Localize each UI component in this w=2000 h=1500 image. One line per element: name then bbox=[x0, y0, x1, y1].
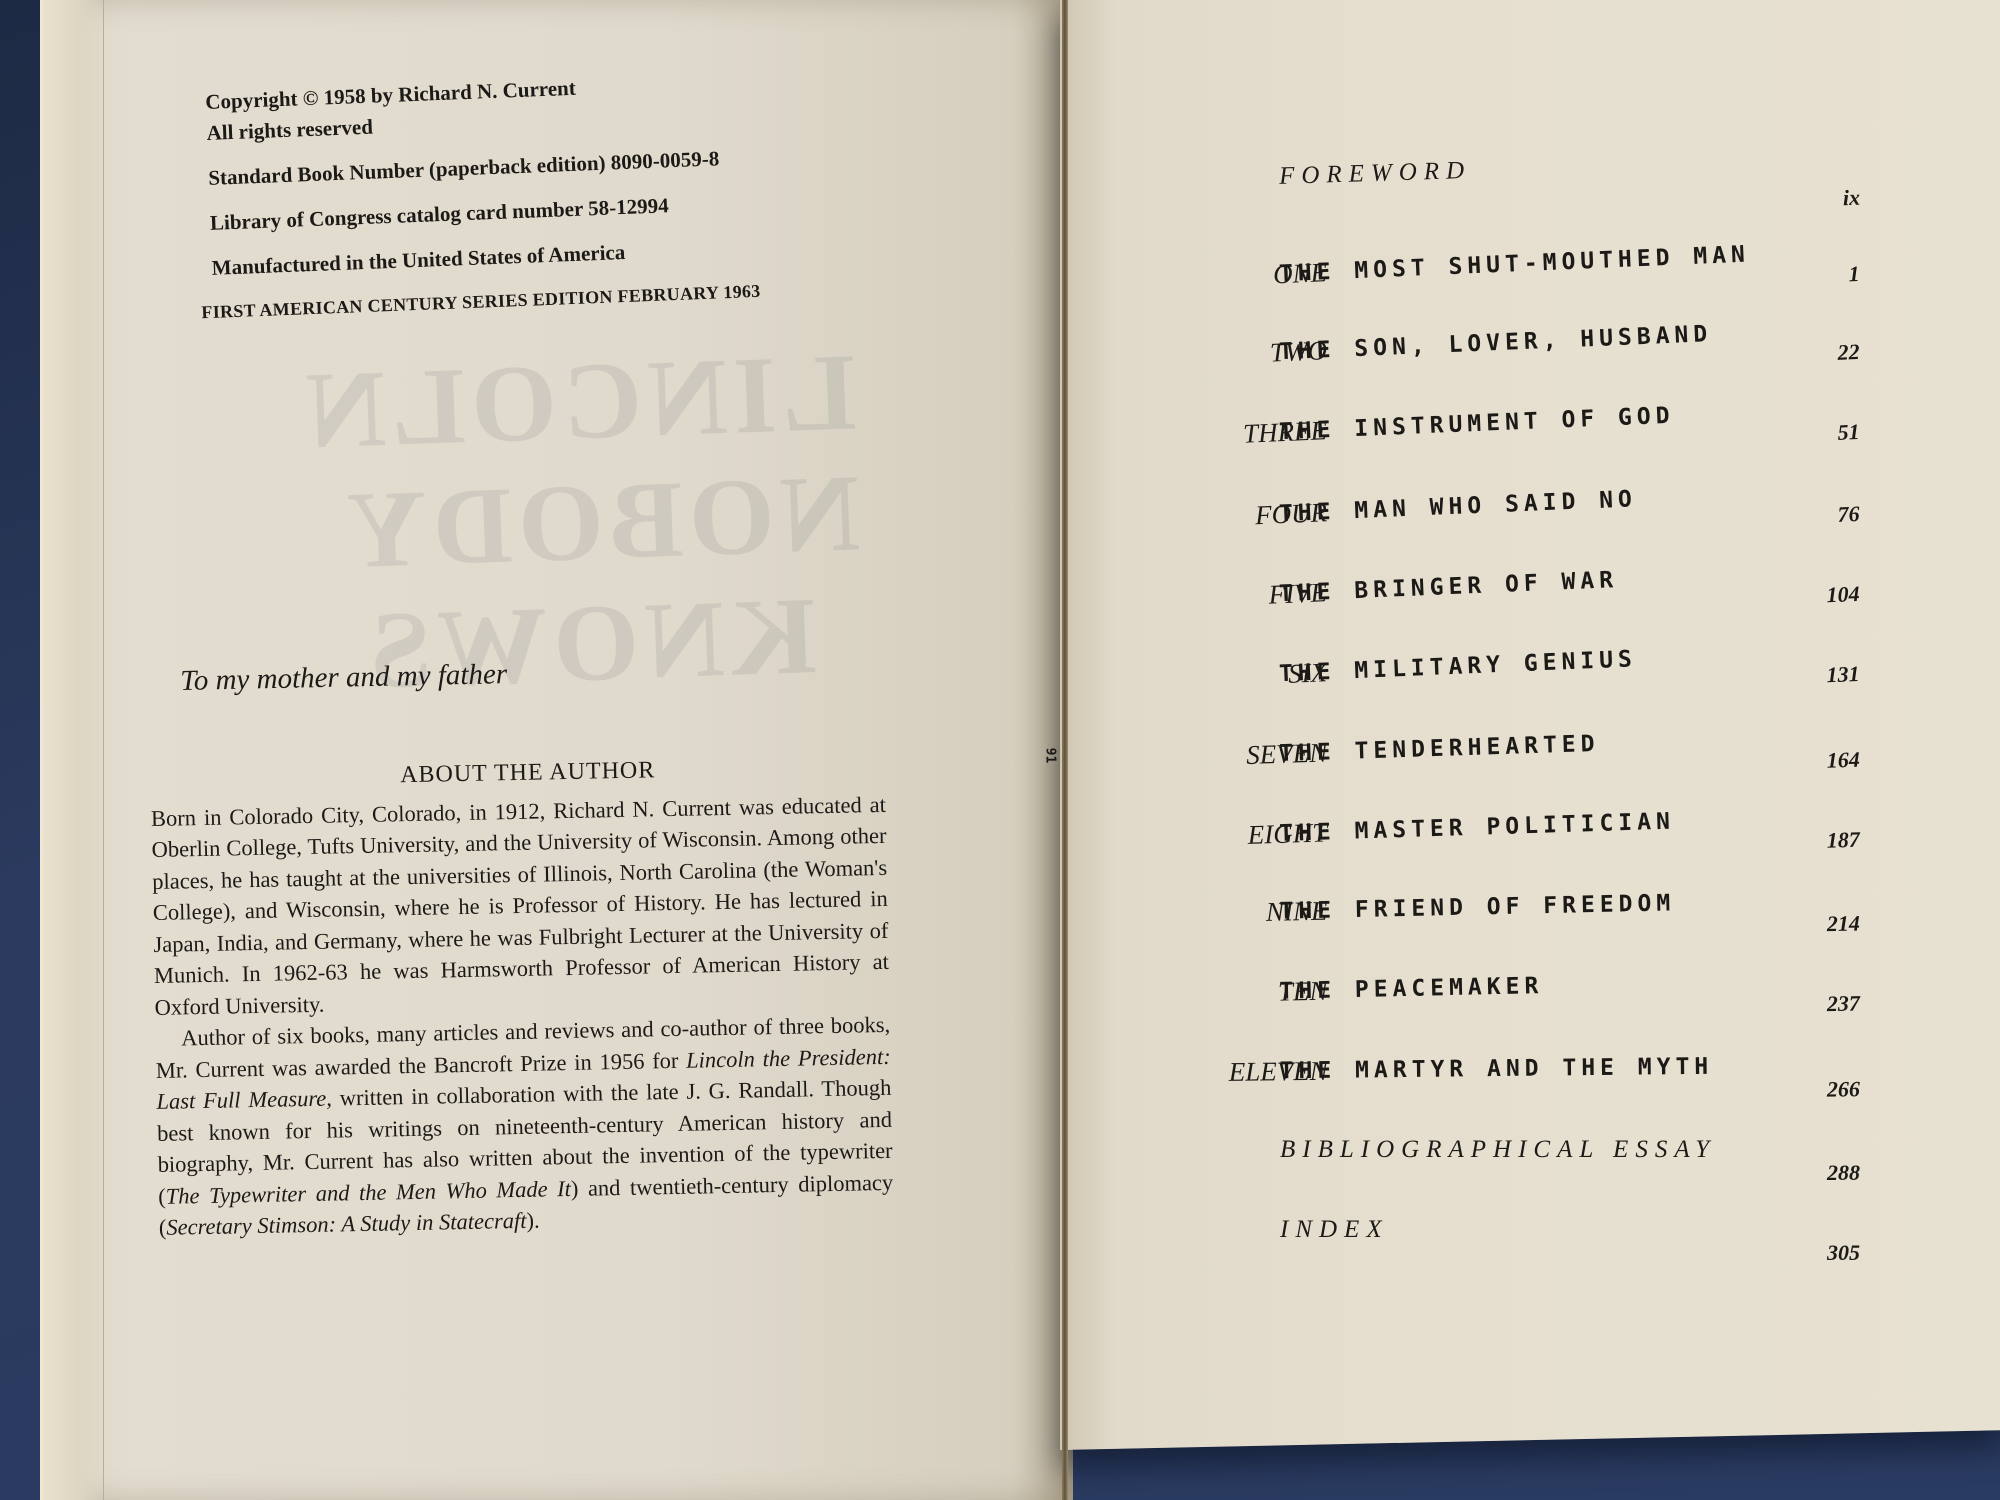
toc-entry: BIBLIOGRAPHICAL ESSAY288 bbox=[1100, 1134, 1900, 1218]
toc-entry: TENTHE PEACEMAKER237 bbox=[1099, 964, 1901, 1065]
chapter-title: FOREWORD bbox=[1279, 157, 1472, 191]
toc-entry: ELEVENTHE MARTYR AND THE MYTH266 bbox=[1100, 1050, 1901, 1142]
page-number: 1 bbox=[1848, 261, 1860, 287]
loc-line: Library of Congress catalog card number … bbox=[210, 192, 758, 234]
text-run: ). bbox=[526, 1208, 540, 1233]
chapter-title: BIBLIOGRAPHICAL ESSAY bbox=[1280, 1136, 1716, 1164]
page-number: 51 bbox=[1837, 419, 1860, 446]
copyright-block: Copyright © 1958 by Richard N. Current A… bbox=[205, 71, 762, 345]
chapter-title: THE PEACEMAKER bbox=[1279, 973, 1543, 1005]
page-number: 266 bbox=[1827, 1076, 1860, 1102]
page-number: 22 bbox=[1837, 339, 1860, 366]
toc-entry: INDEX305 bbox=[1100, 1214, 1900, 1298]
edition-line: FIRST AMERICAN CENTURY SERIES EDITION FE… bbox=[201, 282, 761, 321]
about-paragraph-2: Author of six books, many articles and r… bbox=[155, 1009, 894, 1244]
page-number: 288 bbox=[1827, 1160, 1860, 1186]
page-number: 131 bbox=[1826, 661, 1860, 688]
book-title: The Typewriter and the Men Who Made It bbox=[166, 1176, 572, 1209]
page-number: 164 bbox=[1826, 747, 1860, 774]
page-number: 187 bbox=[1826, 827, 1860, 854]
page-number: 305 bbox=[1827, 1240, 1860, 1266]
page-number: 237 bbox=[1827, 990, 1861, 1017]
bleed-through-title: LINCOLN NOBODY KNOWS bbox=[354, 331, 866, 711]
page-number: 214 bbox=[1827, 910, 1861, 937]
isbn-line: Standard Book Number (paperback edition)… bbox=[208, 147, 756, 189]
book-gutter bbox=[1062, 0, 1068, 1500]
gutter-folio: 91 bbox=[1042, 748, 1057, 764]
about-paragraph-1: Born in Colorado City, Colorado, in 1912… bbox=[151, 788, 890, 1023]
dedication: To my mother and my father bbox=[180, 658, 507, 698]
page-number: 76 bbox=[1837, 501, 1860, 528]
manufactured-line: Manufactured in the United States of Ame… bbox=[211, 237, 759, 279]
chapter-title: INDEX bbox=[1280, 1216, 1389, 1244]
about-the-author: ABOUT THE AUTHOR Born in Colorado City, … bbox=[150, 751, 894, 1244]
page-number: ix bbox=[1843, 185, 1861, 212]
page-number: 104 bbox=[1826, 581, 1860, 608]
chapter-title: THE MARTYR AND THE MYTH bbox=[1280, 1054, 1714, 1085]
chapter-title: THE FRIEND OF FREEDOM bbox=[1279, 890, 1675, 924]
book-title: Secretary Stimson: A Study in Statecraft bbox=[166, 1208, 527, 1240]
